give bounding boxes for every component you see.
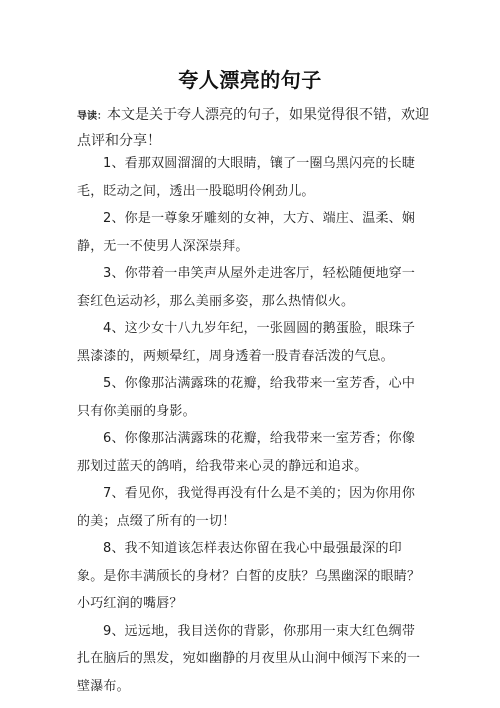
intro-text: 本文是关于夸人漂亮的句子，如果觉得很不错，欢迎点评和分享！ xyxy=(77,107,429,149)
list-item: 9、远远地，我目送你的背影，你那用一束大红色绸带扎在脑后的黑发，宛如幽静的月夜里… xyxy=(77,618,422,701)
document-title: 夸人漂亮的句子 xyxy=(0,64,500,93)
list-item: 8、我不知道该怎样表达你留在我心中最强最深的印象。是你丰满颀长的身材？白皙的皮肤… xyxy=(77,535,422,618)
list-item: 1、看那双圆溜溜的大眼睛，镶了一圈乌黑闪亮的长睫毛，眨动之间，透出一股聪明伶俐劲… xyxy=(77,150,422,205)
list-item: 7、看见你，我觉得再没有什么是不美的；因为你用你的美；点缀了所有的一切！ xyxy=(77,480,422,535)
list-item: 3、你带着一串笑声从屋外走进客厅，轻松随便地穿一套红色运动衫，那么美丽多姿，那么… xyxy=(77,260,422,315)
list-item: 6、你像那沾满露珠的花瓣，给我带来一室芳香；你像那划过蓝天的鸽哨，给我带来心灵的… xyxy=(77,425,422,480)
list-item: 5、你像那沾满露珠的花瓣，给我带来一室芳香，心中只有你美丽的身影。 xyxy=(77,370,422,425)
document-page: 夸人漂亮的句子 导读：本文是关于夸人漂亮的句子，如果觉得很不错，欢迎点评和分享！… xyxy=(0,0,500,708)
intro-lead-label: 导读： xyxy=(77,111,107,122)
list-item: 4、这少女十八九岁年纪，一张圆圆的鹅蛋脸，眼珠子黑漆漆的，两颊晕红，周身透着一股… xyxy=(77,315,422,370)
list-item: 2、你是一尊象牙雕刻的女神，大方、端庄、温柔、娴静，无一不使男人深深崇拜。 xyxy=(77,205,422,260)
sentence-list: 1、看那双圆溜溜的大眼睛，镶了一圈乌黑闪亮的长睫毛，眨动之间，透出一股聪明伶俐劲… xyxy=(77,150,422,700)
intro-paragraph: 导读：本文是关于夸人漂亮的句子，如果觉得很不错，欢迎点评和分享！ xyxy=(77,103,437,154)
